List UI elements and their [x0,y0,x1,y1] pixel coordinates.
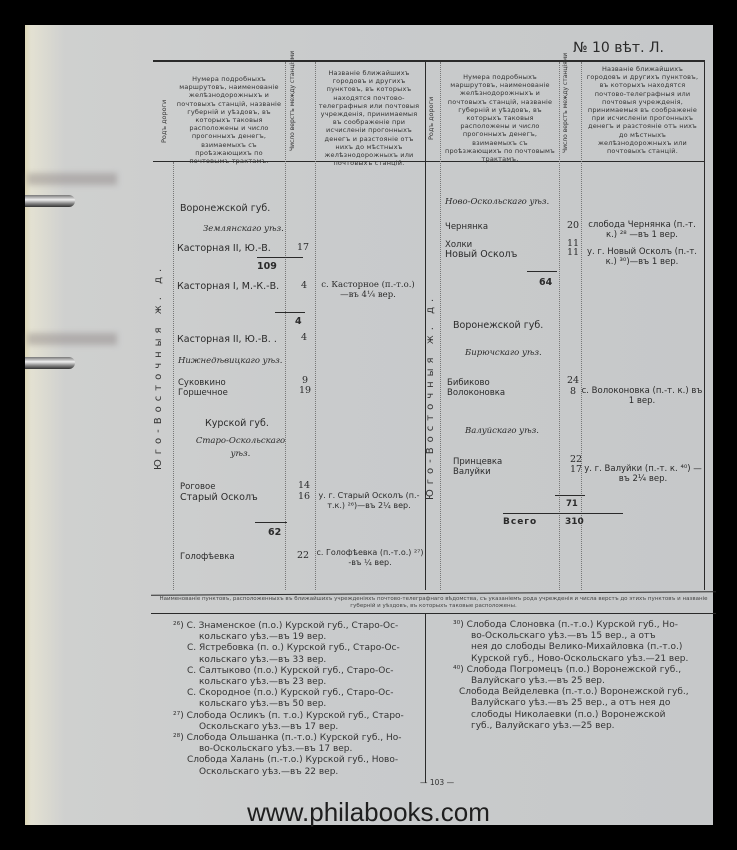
total-rule [503,513,623,514]
guberniya-label: Воронежской губ. [453,320,543,331]
footnote-item: ²⁷) Слобода Осликъ (п. т.о.) Курской губ… [173,711,404,722]
footnote-item: С. Скородное (п.о.) Курской губ., Старо-… [173,688,404,699]
header-nearest-right: Названіе ближайшихъ городовъ и другихъ п… [585,65,700,155]
header-distance: Число верстъ между станціями [289,51,296,151]
station-distance: 8 [570,386,576,397]
uezd-label: Бирючскаго уѣз. [465,348,542,358]
subtotal-rule [255,522,287,523]
station-name: Суковкино [178,378,226,388]
uezd-label: Валуйскаго уѣз. [465,426,539,436]
nearest-point: у. г. Старый Осколъ (п.-т.к.) ²⁶)—въ 2¼ … [313,491,425,511]
station-name: Касторная II, Ю.-В. . [177,334,277,345]
header-road-type: Родъ дороги [160,100,168,143]
watermark: www.philabooks.com [0,797,737,828]
header-road-type-right: Родъ дороги [427,97,435,140]
uezd-label: Старо-Оскольскаго уѣз. [193,435,288,461]
station-distance: 24 [567,375,579,386]
route-number: № 10 вѣт. Л. [573,40,664,56]
station-distance: 17 [297,242,309,253]
station-name: Касторная II, Ю.-В. [177,243,271,254]
subtotal-value: 109 [257,261,277,272]
subtotal-rule [257,257,303,258]
header-distance-right: Число верстъ между станціями [562,53,569,153]
station-name: Чернянка [445,222,488,232]
divider [559,62,560,590]
station-name: Бибиково [447,378,490,388]
guberniya-label: Курской губ. [205,418,269,429]
station-name: Роговое [180,482,215,492]
subtotal-value: 62 [268,527,281,538]
page-number: — 103 — [420,778,454,787]
station-name: Касторная I, М.-К.-В. [177,281,279,292]
header-nearest: Названіе ближайшихъ городовъ и другихъ п… [317,69,421,167]
station-name: Новый Осколъ [445,249,517,260]
station-distance: 14 [298,480,310,491]
uezd-label: Землянскаго уѣз. [203,224,284,234]
ring-shadow [27,333,117,345]
footnote-divider [425,613,426,783]
binder-ring-icon [25,357,75,369]
document-page: № 10 вѣт. Л. Родъ дороги Нумера подробны… [25,25,713,825]
binder-ring-icon [25,195,75,207]
station-distance: 22 [297,550,309,561]
divider [173,162,174,590]
railway-label-right: Юго-Восточныя ж. д. [425,294,436,500]
footnote-left: ²⁶) С. Знаменское (п.о.) Курской губ., С… [173,621,404,778]
subtotal-value: 4 [295,316,302,327]
footnote-item: С. Ястребовка (п. о.) Курской губ., Стар… [173,643,404,654]
station-name: Голофѣевка [180,552,235,562]
header-top-rule [153,60,705,62]
station-distance: 11 [567,247,579,258]
footnote-caption: Наименованіе пунктовъ, расположенныхъ въ… [151,596,716,610]
footnote-item: Слобода Халань (п.-т.о.) Курской губ., Н… [173,755,404,766]
footnote-item: С. Салтыково (п.о.) Курской губ., Старо-… [173,666,404,677]
station-name: Валуйки [453,467,491,477]
footnote-item: ²⁸) Слобода Ольшанка (п.-т.о.) Курской г… [173,733,404,744]
caption-bottom-rule [151,613,716,614]
footnote-item: ²⁶) С. Знаменское (п.о.) Курской губ., С… [173,621,404,632]
nearest-point: с. Касторное (п.-т.о.) —въ 4¼ вер. [318,280,418,300]
subtotal-value: 64 [539,277,552,288]
subtotal-rule [555,495,585,496]
subtotal-rule [527,271,557,272]
footnote-right: ³⁰) Слобода Слоновка (п.-т.о.) Курской г… [453,620,689,732]
nearest-point: у. г. Новый Осколъ (п.-т. к.) ³⁰)—въ 1 в… [583,247,701,267]
station-distance: 16 [298,491,310,502]
right-border [704,60,705,590]
railway-label-left: Юго-Восточныя ж. д. [153,264,164,470]
station-distance: 4 [301,332,307,343]
guberniya-label: Воронежской губ. [180,203,270,214]
station-distance: 19 [299,385,311,396]
footnote-item: ³⁰) Слобода Слоновка (п.-т.о.) Курской г… [453,620,689,631]
divider [440,62,441,590]
divider [285,62,286,590]
subtotal-rule [275,312,305,313]
nearest-point: у. г. Валуйки (п.-т. к. ⁴⁰) —въ 2¼ вер. [583,464,703,484]
station-name: Волоконовка [447,388,505,398]
subtotal-value: 71 [566,499,578,509]
station-name: Горшечное [178,388,228,398]
nearest-point: с. Волоконовка (п.-т. к.) въ 1 вер. [581,386,703,406]
total-label: Всего [503,517,537,527]
ring-shadow [27,173,117,185]
station-distance: 4 [301,280,307,291]
nearest-point: с. Голофѣевка (п.-т.о.) ²⁷) -въ ¼ вер. [315,548,425,568]
divider [581,62,582,590]
uezd-label: Нижнедѣвицкаго уѣз. [178,356,282,366]
station-distance: 17 [570,464,582,475]
total-value: 310 [565,517,584,527]
footnote-item: ⁴⁰) Слобода Погромецъ (п.о.) Воронежской… [453,665,689,676]
station-name: Принцевка [453,457,502,467]
nearest-point: слобода Чернянка (п.-т. к.) ²⁸ —въ 1 вер… [583,220,701,240]
header-stations-right: Нумера подробныхъ маршрутовъ, наименован… [445,73,555,163]
footnote-item: Слобода Вейделевка (п.-т.о.) Воронежской… [453,687,689,698]
uezd-label: Ново-Оскольскаго уѣз. [445,197,549,207]
header-stations: Нумера подробныхъ маршрутовъ, наименован… [175,75,283,165]
station-name: Старый Осколъ [180,492,258,503]
station-distance: 20 [567,220,579,231]
